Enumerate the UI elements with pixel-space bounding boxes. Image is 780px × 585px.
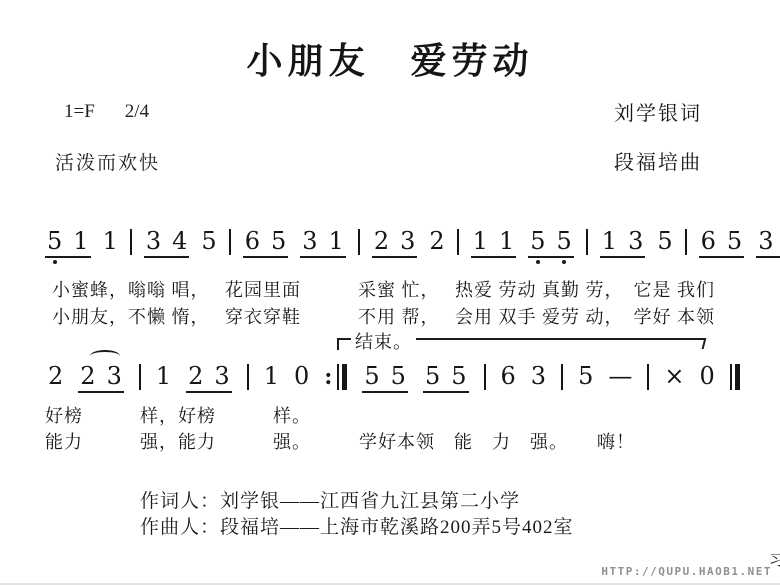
- repeat-dots: :: [324, 364, 332, 390]
- note: 2: [429, 228, 444, 254]
- barline-thin: [229, 229, 231, 255]
- barline-thin: [561, 364, 563, 390]
- note: 2: [48, 363, 63, 389]
- note: 5: [391, 363, 406, 389]
- key-meter-group: 1=F 2/4: [64, 101, 149, 123]
- note: 1: [499, 228, 514, 254]
- beamed-group-slur: 23: [78, 363, 124, 393]
- barline-thin: [685, 229, 687, 255]
- beamed-group: 23: [372, 228, 418, 258]
- barline-thin: [358, 229, 360, 255]
- key-signature: 1=F: [64, 101, 95, 123]
- note-low-octave: 5: [557, 228, 572, 254]
- lyrics-verse1-line2: 好榜 样，好榜 样。: [45, 402, 311, 428]
- note: 5: [201, 228, 216, 254]
- note: 1: [329, 228, 344, 254]
- note: 3: [107, 363, 122, 389]
- barline-thin: [586, 229, 588, 255]
- note: 5: [271, 228, 286, 254]
- lyrics-verse2-line2: 能力 强，能力 强。 学好本领 能 力 强。 嗨！: [45, 428, 635, 454]
- note: 6: [501, 363, 516, 389]
- beamed-group: 11: [471, 228, 517, 258]
- song-sheet: 小朋友 爱劳动 1=F 2/4 活泼而欢快 刘学银词 段福培曲 51134565…: [0, 0, 780, 585]
- barline-final: [730, 364, 740, 390]
- note: —: [608, 363, 632, 389]
- beamed-group: 34: [144, 228, 190, 258]
- note: 1: [473, 228, 488, 254]
- note: 1: [103, 228, 118, 254]
- lyrics-verse1-line1: 小蜜蜂，嗡嗡 唱， 花园里面 采蜜 忙， 热爱 劳动 真勤 劳， 它是 我们: [52, 276, 715, 302]
- note-low-octave: 5: [530, 228, 545, 254]
- barline-thin: [457, 229, 459, 255]
- barline-thin: [685, 229, 687, 255]
- barline-thin: [358, 229, 360, 255]
- time-signature: 2/4: [125, 101, 149, 123]
- note: 6: [701, 228, 716, 254]
- note: 3: [146, 228, 161, 254]
- notation-line-1: 511345653123211551356531: [45, 228, 780, 270]
- note: 5: [364, 363, 379, 389]
- footer-composer-info: 作曲人：段福培——上海市乾溪路200弄5号402室: [140, 512, 574, 539]
- beamed-group: 23: [186, 363, 232, 393]
- barline-thin: [337, 364, 339, 390]
- beamed-group: 55: [528, 228, 574, 258]
- note: 5: [657, 228, 672, 254]
- footer-lyricist-info: 作词人：刘学银——江西省九江县第二小学: [140, 486, 520, 513]
- barline-thin: [247, 364, 249, 390]
- barline-thin: [457, 229, 459, 255]
- lyrics-verse2-line1: 小朋友，不懒 惰， 穿衣穿鞋 不用 帮， 会用 双手 爱劳 动， 学好 本领: [52, 303, 715, 329]
- beamed-group: 65: [243, 228, 289, 258]
- note: 2: [188, 363, 203, 389]
- composer-credit: 段福培曲: [614, 146, 702, 175]
- note: 3: [628, 228, 643, 254]
- beamed-group: 55: [423, 363, 469, 393]
- note: 3: [531, 363, 546, 389]
- barline-thin: [229, 229, 231, 255]
- barline-thick: [342, 364, 347, 390]
- note: 2: [374, 228, 389, 254]
- site-url: HTTP://QUPU.HAOB1.NET: [601, 565, 772, 578]
- note: 5: [578, 363, 593, 389]
- notation-line-2: 22312310:5555635—×0: [48, 363, 740, 405]
- ending-bracket: 结束。: [337, 338, 705, 352]
- note: 3: [400, 228, 415, 254]
- beamed-group: 31: [300, 228, 346, 258]
- barline-thin: [586, 229, 588, 255]
- barline-thin: [247, 364, 249, 390]
- note: 3: [214, 363, 229, 389]
- note: 3: [302, 228, 317, 254]
- note: 6: [245, 228, 260, 254]
- song-title: 小朋友 爱劳动: [0, 33, 780, 84]
- note: 5: [425, 363, 440, 389]
- barline-thin: [647, 364, 649, 390]
- note-low-octave: 5: [47, 228, 62, 254]
- barline-thin: [484, 364, 486, 390]
- note: 0: [294, 363, 309, 389]
- note: 5: [727, 228, 742, 254]
- beamed-group: 65: [699, 228, 745, 258]
- barline-thin: [484, 364, 486, 390]
- barline-thin: [139, 364, 141, 390]
- lyricist-credit: 刘学银词: [614, 97, 702, 126]
- barline-thin: [130, 229, 132, 255]
- note: ×: [664, 363, 684, 389]
- beamed-group: 31: [756, 228, 780, 258]
- ending-label: 结束。: [351, 328, 416, 354]
- beamed-group: 55: [362, 363, 408, 393]
- barline-thin: [561, 364, 563, 390]
- barline-thin: [730, 364, 732, 390]
- note: 1: [156, 363, 171, 389]
- note: 5: [451, 363, 466, 389]
- beamed-group: 51: [45, 228, 91, 258]
- tempo-marking: 活泼而欢快: [55, 148, 160, 175]
- barline-thick: [735, 364, 740, 390]
- note: 2: [80, 363, 95, 389]
- barline-thin: [130, 229, 132, 255]
- barline-thin: [139, 364, 141, 390]
- barline-thin: [647, 364, 649, 390]
- beamed-group: 13: [600, 228, 646, 258]
- note: 1: [264, 363, 279, 389]
- note: 1: [73, 228, 88, 254]
- note: 4: [172, 228, 187, 254]
- barline-endrepeat: :: [324, 364, 347, 390]
- note: 1: [602, 228, 617, 254]
- note: 0: [699, 363, 714, 389]
- note: 3: [758, 228, 773, 254]
